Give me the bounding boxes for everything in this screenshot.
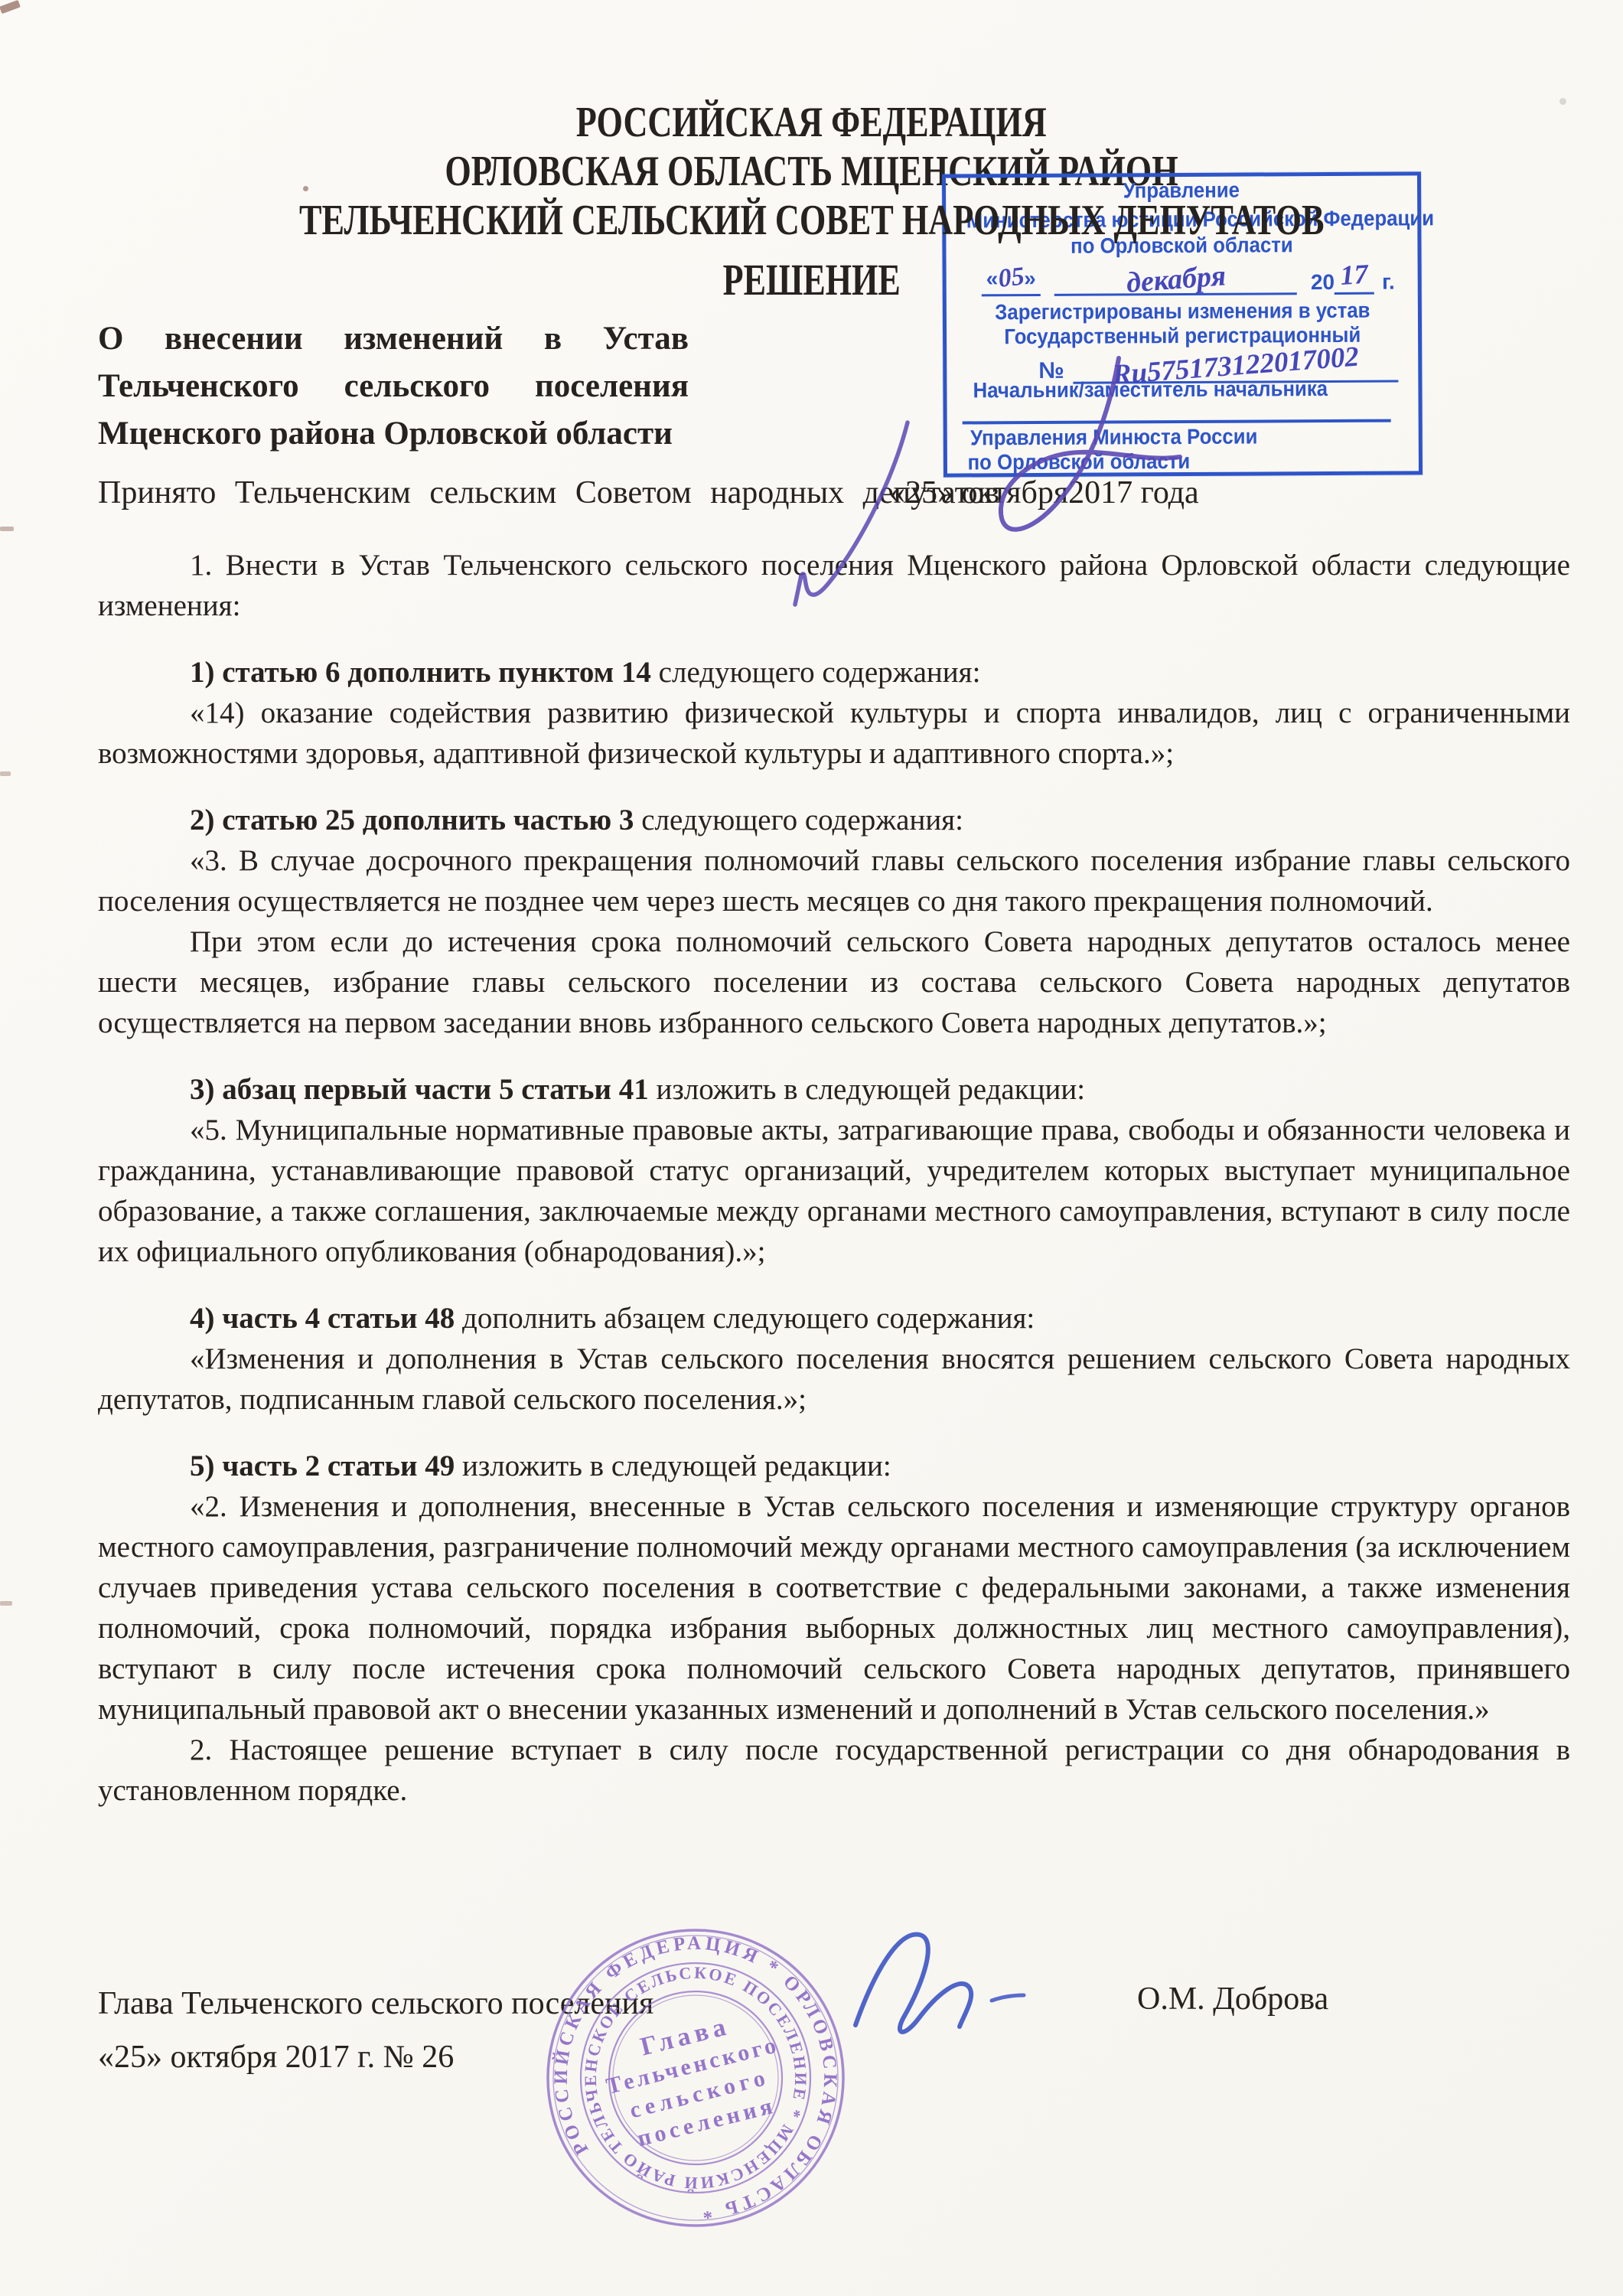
amendment-2-heading: 2) статью 25 дополнить частью 3 следующе…	[98, 800, 1570, 840]
amendment-5-text: «2. Изменения и дополнения, внесенные в …	[98, 1486, 1570, 1730]
amendment-1-text: «14) оказание содействия развитию физиче…	[98, 693, 1570, 774]
header-country: РОССИЙСКАЯ ФЕДЕРАЦИЯ	[0, 98, 1623, 147]
scan-artifact	[0, 527, 14, 531]
scan-artifact	[0, 1601, 12, 1606]
signatory-name: О.М. Доброва	[1137, 1981, 1328, 2017]
amendment-4-text: «Изменения и дополнения в Устав сельског…	[98, 1339, 1570, 1420]
adopted-text: Принято Тельченским сельским Советом нар…	[98, 475, 999, 510]
amendment-2-text: «3. В случае досрочного прекращения полн…	[98, 840, 1570, 921]
decision-title: РЕШЕНИЕ	[0, 254, 1623, 305]
scan-artifact	[0, 771, 11, 776]
intro-paragraph: 1. Внести в Устав Тельченского сельского…	[98, 545, 1570, 626]
subject-block: О внесении изменений в Устав Тельченског…	[98, 315, 689, 458]
seal-center-text: Глава Тельченского сельского поселения	[596, 2001, 796, 2155]
scanned-document-page: РОССИЙСКАЯ ФЕДЕРАЦИЯ ОРЛОВСКАЯ ОБЛАСТЬ М…	[0, 0, 1623, 2296]
amendment-4-heading: 4) часть 4 статьи 48 дополнить абзацем с…	[98, 1298, 1570, 1339]
document-date-number: «25» октября 2017 г. № 26	[98, 2039, 454, 2076]
adopted-line: Принято Тельченским сельским Советом нар…	[98, 475, 1575, 511]
round-seal: РОССИЙСКАЯ ФЕДЕРАЦИЯ * ОРЛОВСКАЯ ОБЛАСТЬ…	[540, 1923, 851, 2233]
subject-line: Мценского района Орловской области	[98, 410, 689, 458]
amendment-5-heading: 5) часть 2 статьи 49 изложить в следующе…	[98, 1446, 1570, 1486]
scan-artifact	[0, 0, 21, 14]
amendment-2-text: При этом если до истечения срока полномо…	[98, 921, 1570, 1043]
scan-artifact	[1559, 98, 1566, 105]
closing-paragraph: 2. Настоящее решение вступает в силу пос…	[98, 1730, 1570, 1811]
document-body: 1. Внести в Устав Тельченского сельского…	[98, 545, 1570, 1811]
adopted-date: «25» октября2017 года	[889, 475, 1199, 511]
stamp-line-directorate: Управления Минюста России	[947, 423, 1429, 450]
subject-line: Тельченского сельского поселения	[98, 363, 689, 410]
amendment-3-heading: 3) абзац первый части 5 статьи 41 изложи…	[98, 1069, 1570, 1110]
stamp-line-chief: Начальник/заместитель начальника	[947, 376, 1429, 403]
subject-line: О внесении изменений в Устав	[98, 315, 689, 363]
scan-artifact	[303, 186, 308, 191]
header-council: ТЕЛЬЧЕНСКИЙ СЕЛЬСКИЙ СОВЕТ НАРОДНЫХ ДЕПУ…	[0, 196, 1623, 245]
amendment-1-heading: 1) статью 6 дополнить пунктом 14 следующ…	[98, 652, 1570, 693]
amendment-3-text: «5. Муниципальные нормативные правовые а…	[98, 1110, 1570, 1272]
stamp-line-region2: по Орловской области	[947, 448, 1429, 475]
